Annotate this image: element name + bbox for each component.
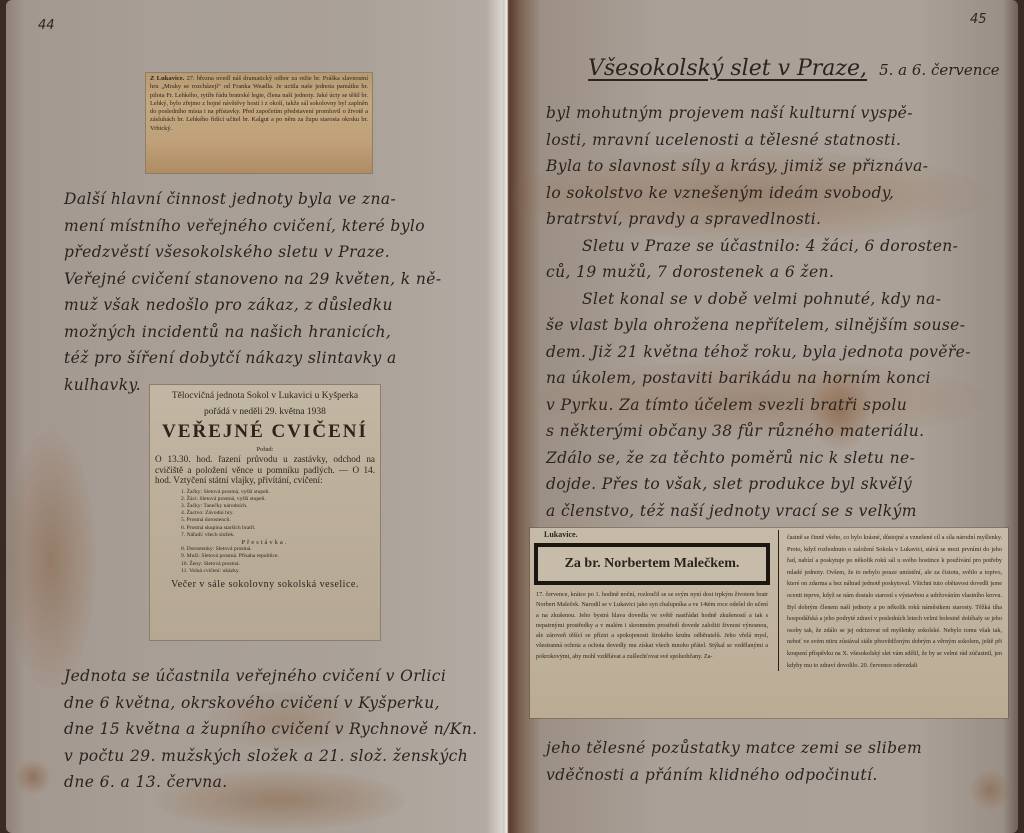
handwritten-line: předzvěstí všesokolského sletu v Praze. bbox=[64, 239, 442, 266]
handwritten-line: Slet konal se v době velmi pohnuté, kdy … bbox=[546, 286, 971, 313]
page-number: 44 bbox=[38, 18, 55, 33]
handwritten-line: lo sokolstvo ke vznešeným ideám svobody, bbox=[546, 180, 971, 207]
handwritten-line: še vlast byla ohrožena nepřítelem, silně… bbox=[546, 312, 971, 339]
handwritten-line: Sletu v Praze se účastnilo: 4 žáci, 6 do… bbox=[546, 233, 971, 260]
handwritten-line: jeho tělesné pozůstatky matce zemi se sl… bbox=[546, 735, 922, 762]
program-item: 6. Prostná skupina starších bratří. bbox=[181, 525, 377, 532]
water-stain bbox=[6, 430, 96, 690]
section-heading: Všesokolský slet v Praze, 5. a 6. červen… bbox=[588, 56, 1000, 81]
handwritten-line: losti, mravní ucelenosti a tělesné statn… bbox=[546, 127, 971, 154]
poster-program-list: 1. Žačky: Sletová prostná, vyšší stupeň.… bbox=[181, 489, 377, 575]
handwritten-line: též pro šíření dobytčí nákazy slintavky … bbox=[64, 345, 442, 372]
obituary-text: 17. července, krátce po 1. hodině noční,… bbox=[534, 590, 770, 662]
handwritten-paragraph-1: byl mohutným projevem naší kulturní vysp… bbox=[546, 100, 971, 551]
water-stain bbox=[970, 770, 1010, 810]
page-number: 45 bbox=[970, 12, 987, 27]
handwritten-line: dne 6 května, okrskového cvičení v Kyšpe… bbox=[64, 690, 477, 717]
program-item: 1. Žačky: Sletová prostná, vyšší stupeň. bbox=[181, 489, 377, 496]
poster-program-label: Pořad: bbox=[153, 446, 377, 453]
newspaper-clipping-obituary: Lukavice. Za br. Norbertem Malečkem. 17.… bbox=[530, 528, 1008, 718]
obituary-right-column: častně se činně všeho, co bylo krásné, d… bbox=[778, 530, 1004, 671]
poster-evening-note: Večer v sále sokolovny sokolská veselice… bbox=[153, 579, 377, 590]
handwritten-line: Veřejné cvičení stanoveno na 29 květen, … bbox=[64, 266, 442, 293]
handwritten-line: na úkolem, postaviti barikádu na horním … bbox=[546, 365, 971, 392]
obituary-dateline: Lukavice. bbox=[544, 530, 770, 539]
program-break: Přestávka. bbox=[153, 539, 377, 546]
program-item: 7. Nářadí: všech složek. bbox=[181, 532, 377, 539]
handwritten-line: a členstvo, též naší jednoty vrací se s … bbox=[546, 498, 971, 525]
program-item: 8. Dorostenky: Sletová prostná. bbox=[181, 546, 377, 553]
handwritten-line: možných incidentů na našich hranicích, bbox=[64, 319, 442, 346]
handwritten-line: Další hlavní činnost jednoty byla ve zna… bbox=[64, 186, 442, 213]
handwritten-paragraph-1: Další hlavní činnost jednoty byla ve zna… bbox=[64, 186, 442, 398]
poster-headline: VEŘEJNÉ CVIČENÍ bbox=[153, 421, 377, 443]
water-stain bbox=[16, 760, 50, 794]
program-item: 10. Ženy: Sletová prostná. bbox=[181, 561, 377, 568]
handwritten-line: Jednota se účastnila veřejného cvičení v… bbox=[64, 663, 477, 690]
program-item: 9. Muži: Sletová prostná. Přísaha republ… bbox=[181, 553, 377, 560]
handwritten-line: mení místního veřejného cvičení, které b… bbox=[64, 213, 442, 240]
handwritten-line: Zdálo se, že za těchto poměrů nic k slet… bbox=[546, 445, 971, 472]
handwritten-line: v Pyrku. Za tímto účelem svezli bratři s… bbox=[546, 392, 971, 419]
handwritten-paragraph-2: Jednota se účastnila veřejného cvičení v… bbox=[64, 663, 477, 796]
poster-organizer: Tělocvičná jednota Sokol v Lukavici u Ky… bbox=[153, 391, 377, 401]
obituary-left-column: Lukavice. Za br. Norbertem Malečkem. 17.… bbox=[534, 530, 770, 662]
handwritten-line: bratrství, pravdy a spravedlnosti. bbox=[546, 206, 971, 233]
left-page: 44 Z Lukavice. 27. března uvedl náš dram… bbox=[6, 0, 506, 833]
heading-title: Všesokolský slet v Praze, bbox=[588, 56, 867, 81]
obituary-headline: Za br. Norbertem Malečkem. bbox=[534, 543, 770, 585]
handwritten-line: dne 6. a 13. června. bbox=[64, 769, 477, 796]
handwritten-line: dne 15 května a župního cvičení v Rychno… bbox=[64, 716, 477, 743]
program-item: 2. Žáci: Sletová prostná, vyšší stupeň. bbox=[181, 496, 377, 503]
handwritten-line: vděčnosti a přáním klidného odpočinutí. bbox=[546, 762, 922, 789]
public-exercise-poster: Tělocvičná jednota Sokol v Lukavici u Ky… bbox=[150, 385, 380, 640]
program-item: 5. Prostná dorostenců. bbox=[181, 517, 377, 524]
heading-date: 5. a 6. července bbox=[879, 61, 1000, 79]
program-item: 11. Volná cvičení: ukázky. bbox=[181, 568, 377, 575]
handwritten-line: v počtu 29. mužských složek a 21. slož. … bbox=[64, 743, 477, 770]
handwritten-line: muž však nedošlo pro zákaz, z důsledku bbox=[64, 292, 442, 319]
newspaper-clipping-theatre: Z Lukavice. 27. března uvedl náš dramati… bbox=[146, 73, 372, 173]
handwritten-line: dem. Již 21 května téhož roku, byla jedn… bbox=[546, 339, 971, 366]
poster-intro: O 13.30. hod. řazení průvodu u zastávky,… bbox=[153, 454, 377, 486]
obituary-text: častně se činně všeho, co bylo krásné, d… bbox=[785, 532, 1004, 671]
handwritten-line: s některými občany 38 fůr různého materi… bbox=[546, 418, 971, 445]
handwritten-line: ců, 19 mužů, 7 dorostenek a 6 žen. bbox=[546, 259, 971, 286]
handwritten-line: byl mohutným projevem naší kulturní vysp… bbox=[546, 100, 971, 127]
handwritten-paragraph-4: jeho tělesné pozůstatky matce zemi se sl… bbox=[546, 735, 922, 788]
clipping-dateline: Z Lukavice. bbox=[150, 75, 184, 82]
poster-date: pořádá v neděli 29. května 1938 bbox=[153, 407, 377, 417]
handwritten-line: dojde. Přes to však, slet produkce byl s… bbox=[546, 471, 971, 498]
open-chronicle-book: 44 Z Lukavice. 27. března uvedl náš dram… bbox=[0, 0, 1024, 833]
handwritten-line: Byla to slavnost síly a krásy, jimiž se … bbox=[546, 153, 971, 180]
clipping-text: 27. března uvedl náš dramatický odbor za… bbox=[150, 75, 368, 132]
